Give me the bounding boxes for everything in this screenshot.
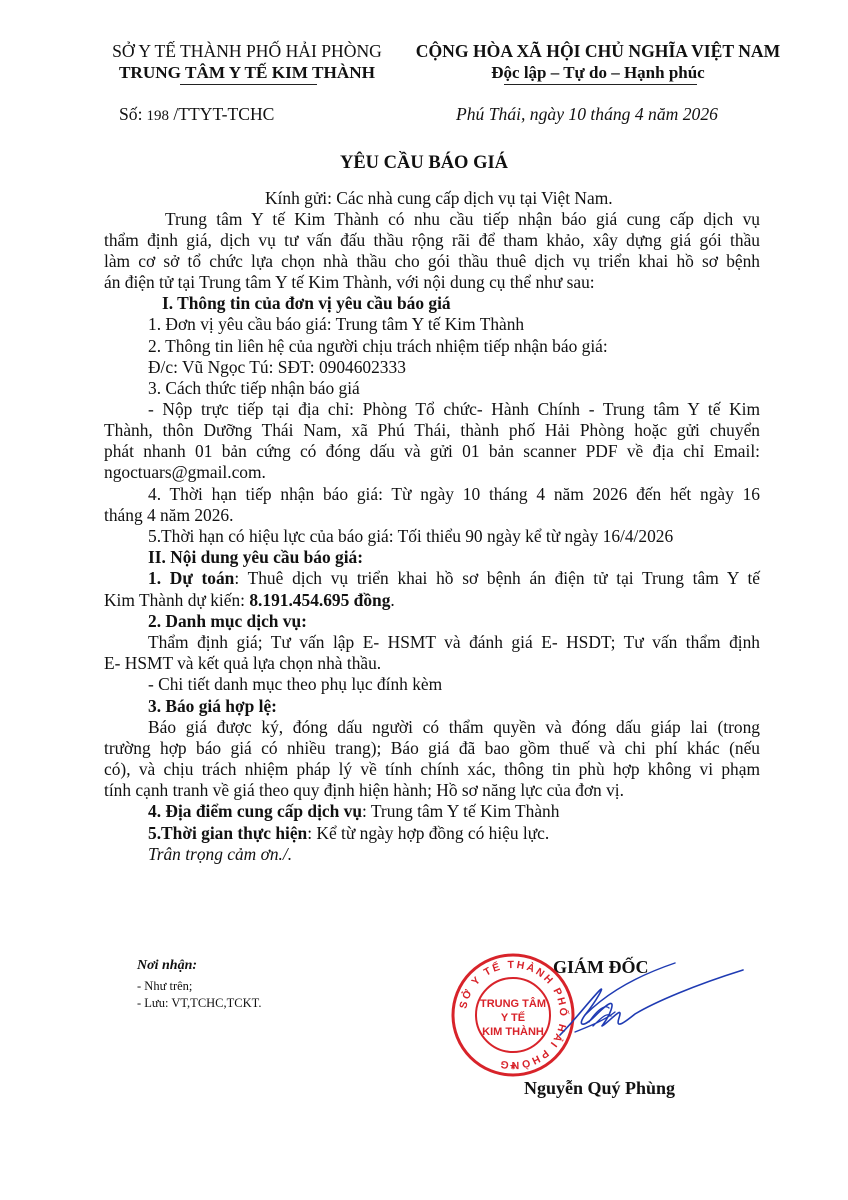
item3-line: - Nộp trực tiếp tại địa chỉ: Phòng Tổ ch… (148, 399, 760, 420)
valid-heading: 3. Báo giá hợp lệ: (148, 696, 277, 717)
time-line: 5.Thời gian thực hiện: Kể từ ngày hợp đồ… (148, 823, 549, 844)
closing-text: Trân trọng cảm ơn./. (148, 844, 292, 865)
salutation: Kính gửi: Các nhà cung cấp dịch vụ tại V… (265, 188, 613, 209)
intro-line: án điện tử tại Trung tâm Y tế Kim Thành,… (104, 272, 760, 293)
email-address: ngoctuars@gmail.com. (104, 462, 760, 483)
intro-line: thẩm định giá, dịch vụ tư vấn đấu thầu r… (104, 230, 760, 251)
place-date: Phú Thái, ngày 10 tháng 4 năm 2026 (456, 104, 718, 125)
location-label: 4. Địa điểm cung cấp dịch vụ (148, 801, 362, 821)
svg-text:★: ★ (509, 1061, 517, 1071)
nation-header: CỘNG HÒA XÃ HỘI CHỦ NGHĨA VIỆT NAM Độc l… (408, 41, 788, 83)
motto-underline (504, 84, 697, 85)
services-line: E- HSMT và kết quả lựa chọn nhà thầu. (104, 653, 760, 674)
intro-line: Trung tâm Y tế Kim Thành có nhu cầu tiếp… (165, 209, 760, 230)
svg-text:TRUNG TÂM: TRUNG TÂM (480, 997, 546, 1010)
document-number-value: 198 (146, 108, 169, 124)
valid-line: trường hợp báo giá có nhiều trang); Báo … (104, 738, 760, 759)
section1-item5: 5.Thời hạn có hiệu lực của báo giá: Tối … (148, 526, 673, 547)
item4-line: tháng 4 năm 2026. (104, 505, 760, 526)
section1-heading: I. Thông tin của đơn vị yêu cầu báo giá (162, 293, 451, 314)
valid-line: có), và chịu trách nhiệm pháp lý về tính… (104, 759, 760, 780)
handwritten-signature-icon (545, 960, 745, 1060)
services-line: Thẩm định giá; Tư vấn lập E- HSMT và đán… (148, 632, 760, 653)
signer-name: Nguyễn Quý Phùng (524, 1078, 675, 1099)
motto: Độc lập – Tự do – Hạnh phúc (408, 62, 788, 83)
item3-line: Thành, thôn Dưỡng Thái Nam, xã Phú Thái,… (104, 420, 760, 441)
document-title: YÊU CẦU BÁO GIÁ (0, 153, 848, 174)
recipient-item: - Lưu: VT,TCHC,TCKT. (137, 996, 261, 1011)
estimate-amount: 8.191.454.695 đồng (249, 590, 390, 610)
services-heading: 2. Danh mục dịch vụ: (148, 611, 307, 632)
agency-parent: SỞ Y TẾ THÀNH PHỐ HẢI PHÒNG (84, 41, 410, 62)
document-number: Số:198 /TTYT-TCHC (119, 104, 274, 125)
section1-item3: 3. Cách thức tiếp nhận báo giá (148, 378, 360, 399)
agency-header: SỞ Y TẾ THÀNH PHỐ HẢI PHÒNG TRUNG TÂM Y … (84, 41, 410, 83)
valid-line: tính cạnh tranh về giá theo quy định hiệ… (104, 780, 760, 801)
estimate-label: 1. Dự toán (148, 568, 234, 588)
recipients-heading: Nơi nhận: (137, 958, 197, 974)
estimate-line: 1. Dự toán: Thuê dịch vụ triển khai hồ s… (148, 568, 760, 589)
estimate-amount-line: Kim Thành dự kiến: 8.191.454.695 đồng. (104, 590, 760, 611)
agency-underline (180, 84, 317, 85)
section1-item1: 1. Đơn vị yêu cầu báo giá: Trung tâm Y t… (148, 314, 524, 335)
agency-name: TRUNG TÂM Y TẾ KIM THÀNH (84, 62, 410, 83)
contact-info: Đ/c: Vũ Ngọc Tú: SĐT: 0904602333 (148, 357, 406, 378)
nation-name: CỘNG HÒA XÃ HỘI CHỦ NGHĨA VIỆT NAM (408, 41, 788, 62)
section2-heading: II. Nội dung yêu cầu báo giá: (148, 547, 363, 568)
time-label: 5.Thời gian thực hiện (148, 823, 307, 843)
section1-item2: 2. Thông tin liên hệ của người chịu trác… (148, 336, 608, 357)
valid-line: Báo giá được ký, đóng dấu người có thẩm … (148, 717, 760, 738)
item4-line: 4. Thời hạn tiếp nhận báo giá: Từ ngày 1… (148, 484, 760, 505)
item3-line: phát nhanh 01 bản cứng có đóng dấu và gử… (104, 441, 760, 462)
services-detail: - Chi tiết danh mục theo phụ lục đính kè… (148, 674, 442, 695)
intro-line: làm cơ sở tổ chức lựa chọn nhà thầu cho … (104, 251, 760, 272)
location-line: 4. Địa điểm cung cấp dịch vụ: Trung tâm … (148, 801, 559, 822)
recipient-item: - Như trên; (137, 979, 192, 994)
svg-text:KIM THÀNH: KIM THÀNH (482, 1025, 544, 1038)
svg-text:Y TẾ: Y TẾ (501, 1011, 525, 1024)
